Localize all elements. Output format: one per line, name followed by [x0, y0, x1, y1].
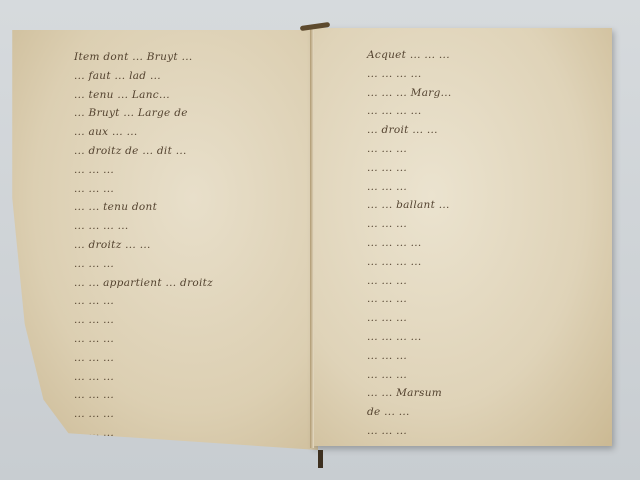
- handwritten-line: ... ... ...: [367, 422, 452, 441]
- left-page-text: Item dont ... Bruyt ...... faut ... lad …: [74, 48, 213, 450]
- handwritten-line: ... ... ...: [367, 366, 452, 385]
- handwritten-line: ... ... ...: [74, 292, 213, 311]
- handwritten-line: ... ... ...: [367, 159, 452, 178]
- handwritten-line: ... ... ...: [367, 215, 452, 234]
- handwritten-line: ... ... ...: [367, 309, 452, 328]
- handwritten-line: ... ... ... ...: [367, 102, 452, 121]
- handwritten-line: ... ... ...: [74, 349, 213, 368]
- handwritten-line: ... ... ...: [74, 405, 213, 424]
- handwritten-line: ... ... ...: [74, 386, 213, 405]
- handwritten-line: ... droitz ... ...: [74, 236, 213, 255]
- binding-spine: [310, 28, 314, 448]
- handwritten-line: ... ... ... ...: [367, 328, 452, 347]
- handwritten-line: ... ... ... ...: [367, 441, 452, 446]
- handwritten-line: ... faut ... lad ...: [74, 67, 213, 86]
- handwritten-line: ... ... ...: [74, 255, 213, 274]
- handwritten-line: ... ... ... Marg...: [367, 84, 452, 103]
- handwritten-line: ... ... ... ...: [367, 65, 452, 84]
- handwritten-line: ... droit ... ...: [367, 121, 452, 140]
- handwritten-line: ... ... ...: [74, 311, 213, 330]
- handwritten-line: de ... ...: [367, 403, 452, 422]
- handwritten-line: ... ... tenu dont: [74, 198, 213, 217]
- left-manuscript-page: Item dont ... Bruyt ...... faut ... lad …: [6, 30, 318, 450]
- handwritten-line: ... ... ...: [367, 290, 452, 309]
- binding-thread-bottom: [318, 450, 323, 468]
- handwritten-line: ... ... ...: [74, 161, 213, 180]
- right-manuscript-page: Acquet ... ... ...... ... ... ...... ...…: [312, 28, 612, 446]
- handwritten-line: ... ... Marsum: [367, 384, 452, 403]
- handwritten-line: ... tenu ... Lanc...: [74, 86, 213, 105]
- handwritten-line: ... Bruyt ... Large de: [74, 104, 213, 123]
- handwritten-line: ... ... ...: [74, 330, 213, 349]
- handwritten-line: ... ... ...: [74, 180, 213, 199]
- handwritten-line: ... aux ... ...: [74, 123, 213, 142]
- handwritten-line: ... ... ...: [74, 368, 213, 387]
- handwritten-line: ... ... ...: [367, 178, 452, 197]
- handwritten-line: ... droitz de ... dit ...: [74, 142, 213, 161]
- handwritten-line: Acquet ... ... ...: [367, 46, 452, 65]
- handwritten-line: ... ... ... ...: [367, 253, 452, 272]
- handwritten-line: ... ... ballant ...: [367, 196, 452, 215]
- handwritten-line: ... ... ...: [367, 347, 452, 366]
- handwritten-line: ... ... ... ...: [74, 217, 213, 236]
- handwritten-line: Item dont ... Bruyt ...: [74, 48, 213, 67]
- right-page-text: Acquet ... ... ...... ... ... ...... ...…: [367, 46, 452, 446]
- handwritten-line: ... ... appartient ... droitz: [74, 274, 213, 293]
- handwritten-line: ... ... ...: [367, 272, 452, 291]
- handwritten-line: ... ... ... ...: [367, 234, 452, 253]
- handwritten-line: ... ... ...: [367, 140, 452, 159]
